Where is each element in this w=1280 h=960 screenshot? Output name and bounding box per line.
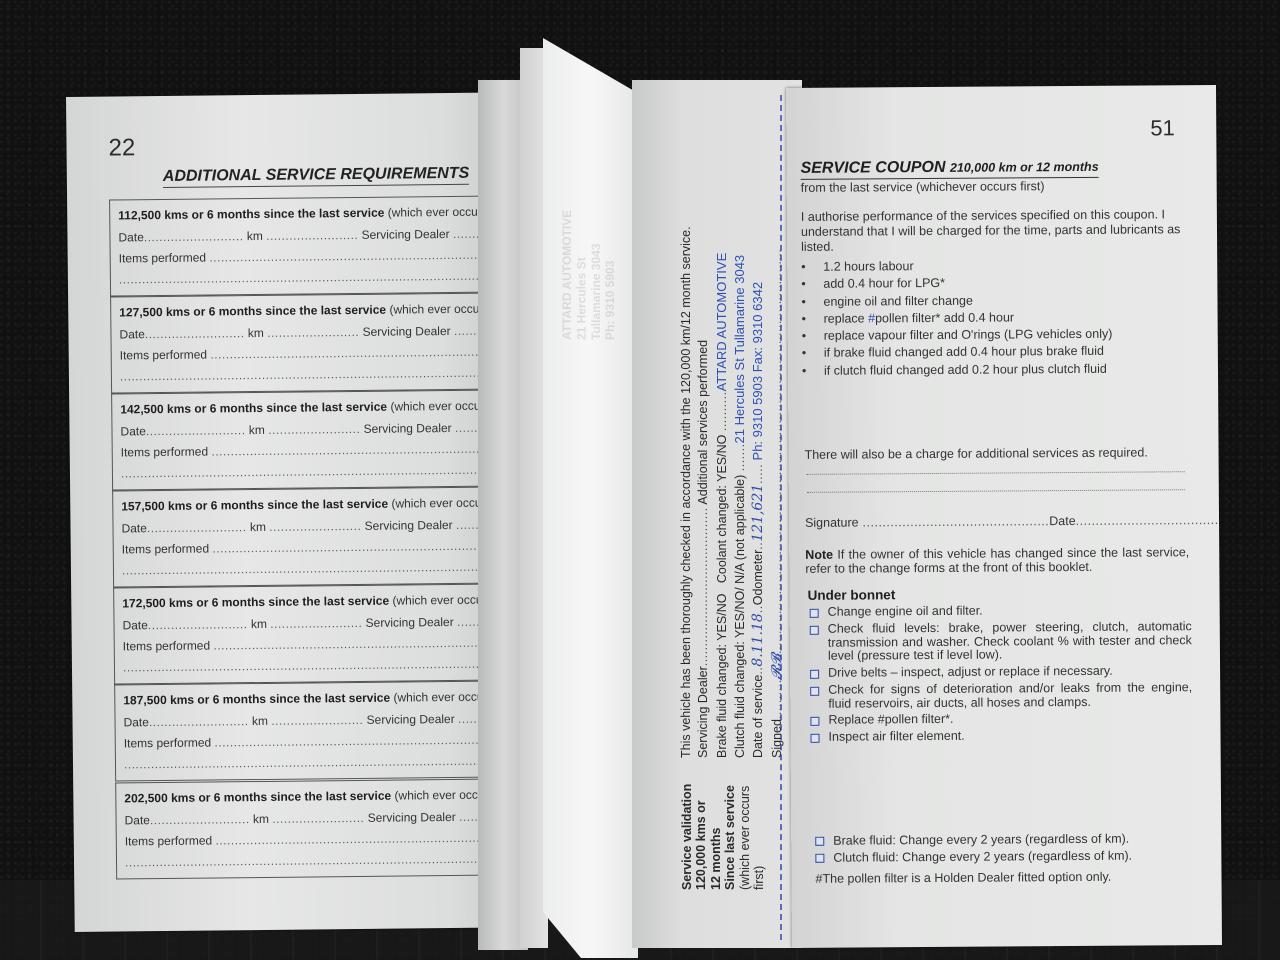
validation-fields: This vehicle has been thoroughly checked… (678, 226, 788, 758)
items-performed-field[interactable]: Items performed ........................… (122, 538, 533, 556)
validation-title: Service validation (680, 772, 694, 890)
signature-scribble: 𝓡𝓑 (769, 654, 785, 679)
validation-block: Service validation 120,000 kms or 12 mon… (678, 772, 788, 890)
items-performed-field[interactable]: Items performed ........................… (123, 635, 534, 653)
extra-charge-text: There will also be a charge for addition… (805, 445, 1148, 461)
service-entry: 172,500 kms or 6 months since the last s… (113, 583, 534, 684)
servicing-dealer-field[interactable]: Servicing Dealer........................… (695, 226, 712, 758)
handwritten-date: 8.11.18 (750, 613, 766, 666)
service-interval: 172,500 kms or 6 months since the last s… (122, 592, 533, 610)
items-performed-continuation[interactable]: ........................................… (124, 753, 535, 771)
under-bonnet-checklist: Change engine oil and filter.Check fluid… (808, 603, 1193, 747)
page-number-right: 51 (1150, 115, 1175, 141)
date-odometer-field[interactable]: Date of service..8.11.18..Odometer..121,… (749, 226, 768, 758)
items-performed-field[interactable]: Items performed ........................… (124, 732, 535, 750)
dealer-stamp-phone: Ph: 9310 5903 Fax: 9310 6342 (750, 282, 765, 461)
under-bonnet-checkbox-item[interactable]: Check for signs of deterioration and/or … (808, 681, 1192, 711)
fluid-checkbox-item[interactable]: Clutch fluid: Change every 2 years (rega… (813, 849, 1132, 868)
additional-services-line-1[interactable] (807, 471, 1185, 475)
labour-bullets: 1.2 hours labouradd 0.4 hour for LPG*eng… (801, 257, 1192, 381)
items-performed-continuation[interactable]: ........................................… (121, 462, 532, 480)
service-entry: 187,500 kms or 6 months since the last s… (114, 680, 535, 781)
service-interval: 187,500 kms or 6 months since the last s… (123, 689, 534, 707)
items-performed-field[interactable]: Items performed ........................… (119, 247, 530, 265)
date-km-dealer-field[interactable]: Date.......................... km ......… (121, 517, 532, 535)
coupon-title: SERVICE COUPON 210,000 km or 12 months (801, 158, 1099, 180)
date-km-dealer-field[interactable]: Date.......................... km ......… (119, 323, 530, 341)
date-km-dealer-field[interactable]: Date.......................... km ......… (122, 614, 533, 632)
under-bonnet-checkbox-item[interactable]: Change engine oil and filter. (808, 603, 1192, 619)
service-interval: 157,500 kms or 6 months since the last s… (121, 495, 532, 513)
ownership-note: Note If the owner of this vehicle has ch… (805, 545, 1189, 576)
service-entry: 142,500 kms or 6 months since the last s… (111, 389, 532, 490)
items-performed-continuation[interactable]: ........................................… (125, 851, 536, 869)
additional-services-line-2[interactable] (807, 489, 1185, 493)
date-km-dealer-field[interactable]: Date.......................... km ......… (120, 420, 531, 438)
service-entry: 112,500 kms or 6 months since the last s… (109, 195, 530, 296)
under-bonnet-checkbox-item[interactable]: Drive belts – inspect, adjust or replace… (808, 664, 1192, 680)
signed-field[interactable]: Signed..........𝓡𝓑......................… (768, 226, 787, 758)
dealer-stamp-address: 21 Hercules St Tullamarine 3043 (732, 255, 747, 444)
dealer-stamp-name: ATTARD AUTOMOTIVE (714, 253, 729, 392)
service-entry: 127,500 kms or 6 months since the last s… (110, 292, 531, 393)
under-bonnet-heading: Under bonnet (807, 587, 895, 603)
service-interval: 202,500 kms or 6 months since the last s… (124, 787, 535, 805)
validation-statement: This vehicle has been thoroughly checked… (678, 226, 695, 758)
fluid-change-checklist: Brake fluid: Change every 2 years (regar… (813, 832, 1132, 868)
items-performed-continuation[interactable]: ........................................… (122, 559, 533, 577)
date-km-dealer-field[interactable]: Date.......................... km ......… (123, 711, 534, 729)
date-km-dealer-field[interactable]: Date.......................... km ......… (118, 226, 529, 244)
page-number-left: 22 (108, 134, 135, 162)
service-interval: 142,500 kms or 6 months since the last s… (120, 398, 531, 416)
handwritten-odometer: 121,621 (750, 484, 766, 542)
signature-date-line[interactable]: Signature ..............................… (805, 513, 1219, 530)
mirrored-stamp-imprint: ATTARD AUTOMOTIVE 21 Hercules St Tullama… (560, 140, 630, 340)
items-performed-field[interactable]: Items performed ........................… (120, 344, 531, 362)
page-title-additional-service: ADDITIONAL SERVICE REQUIREMENTS (163, 165, 470, 188)
items-performed-continuation[interactable]: ........................................… (123, 656, 534, 674)
items-performed-field[interactable]: Items performed ........................… (121, 441, 532, 459)
pollen-filter-footnote: #The pollen filter is a Holden Dealer fi… (815, 870, 1111, 886)
right-page: 51 SERVICE COUPON 210,000 km or 12 month… (786, 85, 1222, 948)
left-page: 22 ADDITIONAL SERVICE REQUIREMENTS 112,5… (66, 92, 515, 932)
coupon-subtitle: from the last service (whichever occurs … (801, 179, 1045, 195)
authorisation-text: I authorise performance of the services … (801, 207, 1187, 254)
labour-bullet-item: if clutch fluid changed add 0.2 hour plu… (802, 361, 1192, 381)
service-interval: 112,500 kms or 6 months since the last s… (118, 204, 529, 222)
fluid-changed-field[interactable]: Brake fluid changed: YES/NO Coolant chan… (713, 226, 731, 758)
items-performed-continuation[interactable]: ........................................… (120, 365, 531, 383)
under-bonnet-checkbox-item[interactable]: Check fluid levels: brake, power steerin… (808, 620, 1192, 664)
service-validation-stub: Service validation 120,000 kms or 12 mon… (678, 90, 788, 890)
service-entry: 202,500 kms or 6 months since the last s… (115, 778, 536, 879)
clutch-fluid-field[interactable]: Clutch fluid changed: YES/NO/ N/A (not a… (731, 226, 749, 758)
service-entry: 157,500 kms or 6 months since the last s… (112, 486, 533, 587)
items-performed-field[interactable]: Items performed ........................… (125, 830, 536, 848)
date-km-dealer-field[interactable]: Date.......................... km ......… (125, 809, 536, 827)
service-interval: 127,500 kms or 6 months since the last s… (119, 301, 530, 319)
under-bonnet-checkbox-item[interactable]: Inspect air filter element. (808, 728, 1192, 744)
under-bonnet-checkbox-item[interactable]: Replace #pollen filter*. (808, 711, 1192, 727)
items-performed-continuation[interactable]: ........................................… (119, 268, 530, 286)
